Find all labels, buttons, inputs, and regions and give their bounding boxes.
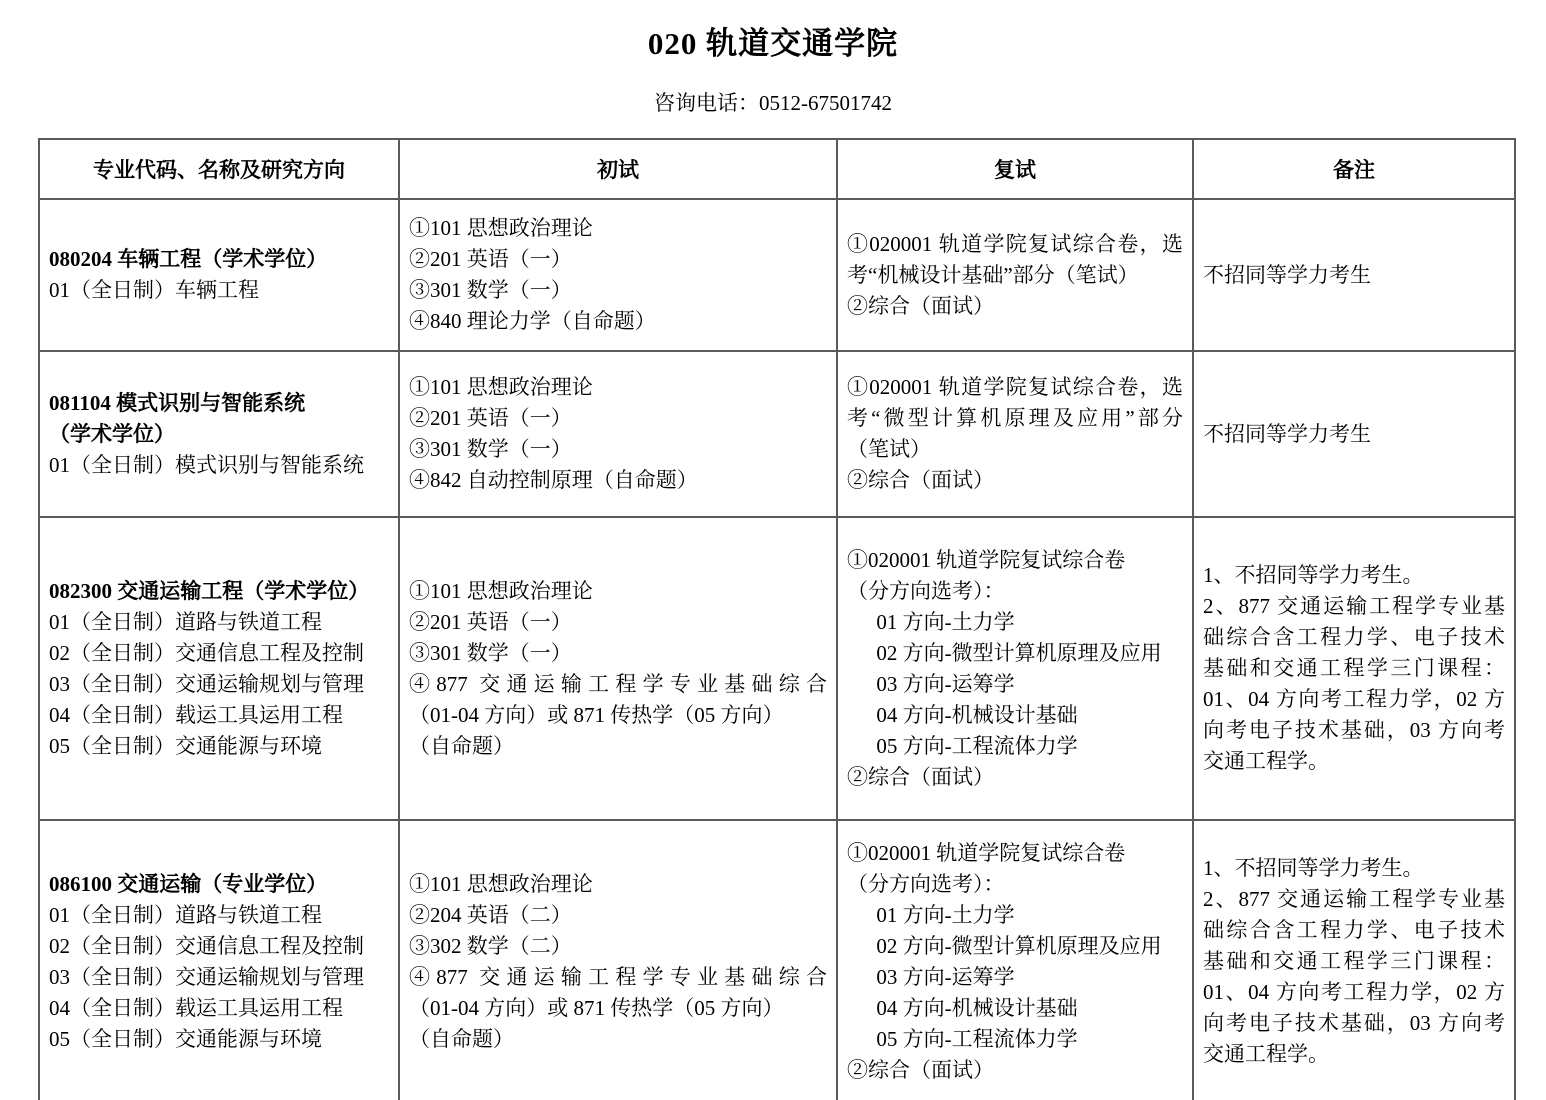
text-line: ②综合（面试） <box>847 291 1183 322</box>
text-line: ②综合（面试） <box>847 1055 1183 1086</box>
text-line: 2、877 交通运输工程学专业基 <box>1203 591 1505 622</box>
col-header-initial-exam: 初试 <box>399 139 837 199</box>
text-line: 04 方向-机械设计基础 <box>847 993 1183 1024</box>
text-line: 2、877 交通运输工程学专业基 <box>1203 884 1505 915</box>
cell-notes: 不招同等学力考生 <box>1193 199 1515 351</box>
text-line: 05 方向-工程流体力学 <box>847 1024 1183 1055</box>
col-header-retest: 复试 <box>837 139 1193 199</box>
text-line: 01（全日制）车辆工程 <box>49 275 389 306</box>
text-line: 086100 交通运输（专业学位） <box>49 869 389 900</box>
cell-program: 082300 交通运输工程（学术学位）01（全日制）道路与铁道工程02（全日制）… <box>39 517 399 820</box>
cell-retest: ①020001 轨道学院复试综合卷，选考“微型计算机原理及应用”部分（笔试）②综… <box>837 351 1193 517</box>
text-line: 01（全日制）道路与铁道工程 <box>49 900 389 931</box>
text-line: 1、不招同等学力考生。 <box>1203 853 1505 884</box>
text-line: 05（全日制）交通能源与环境 <box>49 1024 389 1055</box>
text-line: ④840 理论力学（自命题） <box>409 306 827 337</box>
text-line: ②204 英语（二） <box>409 900 827 931</box>
cell-initial-exam: ①101 思想政治理论②201 英语（一）③301 数学（一）④877 交通运输… <box>399 517 837 820</box>
text-line: 081104 模式识别与智能系统 <box>49 388 389 419</box>
col-header-notes: 备注 <box>1193 139 1515 199</box>
text-line: 不招同等学力考生 <box>1203 260 1505 291</box>
text-line: （01-04 方向）或 871 传热学（05 方向） <box>409 993 827 1024</box>
text-line: 础综合含工程力学、电子技术 <box>1203 915 1505 946</box>
contact-phone: 咨询电话：0512-67501742 <box>0 87 1546 117</box>
text-line: 02（全日制）交通信息工程及控制 <box>49 638 389 669</box>
text-line: ②201 英语（一） <box>409 607 827 638</box>
table-row: 080204 车辆工程（学术学位）01（全日制）车辆工程①101 思想政治理论②… <box>39 199 1515 351</box>
text-line: ①020001 轨道学院复试综合卷 <box>847 838 1183 869</box>
text-line: 交通工程学。 <box>1203 1039 1505 1070</box>
text-line: 04（全日制）载运工具运用工程 <box>49 993 389 1024</box>
cell-notes: 不招同等学力考生 <box>1193 351 1515 517</box>
text-line: 02 方向-微型计算机原理及应用 <box>847 638 1183 669</box>
text-line: ④877 交通运输工程学专业基础综合 <box>409 669 827 700</box>
text-line: 01 方向-土力学 <box>847 607 1183 638</box>
text-line: ①020001 轨道学院复试综合卷，选 <box>847 229 1183 260</box>
text-line: ③301 数学（一） <box>409 275 827 306</box>
text-line: ②201 英语（一） <box>409 244 827 275</box>
text-line: ①101 思想政治理论 <box>409 372 827 403</box>
text-line: 03（全日制）交通运输规划与管理 <box>49 669 389 700</box>
text-line: ③302 数学（二） <box>409 931 827 962</box>
text-line: ②综合（面试） <box>847 762 1183 793</box>
text-line: （自命题） <box>409 731 827 762</box>
text-line: （分方向选考）： <box>847 869 1183 900</box>
text-line: 考“微型计算机原理及应用”部分 <box>847 403 1183 434</box>
text-line: 03（全日制）交通运输规划与管理 <box>49 962 389 993</box>
cell-notes: 1、不招同等学力考生。2、877 交通运输工程学专业基础综合含工程力学、电子技术… <box>1193 517 1515 820</box>
cell-program: 086100 交通运输（专业学位）01（全日制）道路与铁道工程02（全日制）交通… <box>39 820 399 1100</box>
text-line: ①101 思想政治理论 <box>409 213 827 244</box>
text-line: ④877 交通运输工程学专业基础综合 <box>409 962 827 993</box>
header-row: 专业代码、名称及研究方向 初试 复试 备注 <box>39 139 1515 199</box>
text-line: 03 方向-运筹学 <box>847 669 1183 700</box>
text-line: 04（全日制）载运工具运用工程 <box>49 700 389 731</box>
text-line: ①101 思想政治理论 <box>409 869 827 900</box>
text-line: ①020001 轨道学院复试综合卷 <box>847 545 1183 576</box>
text-line: 05（全日制）交通能源与环境 <box>49 731 389 762</box>
cell-program: 081104 模式识别与智能系统（学术学位）01（全日制）模式识别与智能系统 <box>39 351 399 517</box>
cell-initial-exam: ①101 思想政治理论②201 英语（一）③301 数学（一）④842 自动控制… <box>399 351 837 517</box>
cell-retest: ①020001 轨道学院复试综合卷（分方向选考）：01 方向-土力学02 方向-… <box>837 517 1193 820</box>
text-line: 03 方向-运筹学 <box>847 962 1183 993</box>
text-line: （学术学位） <box>49 419 389 450</box>
text-line: 02（全日制）交通信息工程及控制 <box>49 931 389 962</box>
text-line: 向考电子技术基础，03 方向考 <box>1203 1008 1505 1039</box>
text-line: 01、04 方向考工程力学，02 方 <box>1203 977 1505 1008</box>
text-line: ③301 数学（一） <box>409 638 827 669</box>
cell-retest: ①020001 轨道学院复试综合卷（分方向选考）：01 方向-土力学02 方向-… <box>837 820 1193 1100</box>
col-header-program: 专业代码、名称及研究方向 <box>39 139 399 199</box>
text-line: 1、不招同等学力考生。 <box>1203 560 1505 591</box>
text-line: （01-04 方向）或 871 传热学（05 方向） <box>409 700 827 731</box>
text-line: 082300 交通运输工程（学术学位） <box>49 576 389 607</box>
text-line: 础综合含工程力学、电子技术 <box>1203 622 1505 653</box>
text-line: 05 方向-工程流体力学 <box>847 731 1183 762</box>
text-line: 04 方向-机械设计基础 <box>847 700 1183 731</box>
text-line: 01 方向-土力学 <box>847 900 1183 931</box>
text-line: ②201 英语（一） <box>409 403 827 434</box>
text-line: ④842 自动控制原理（自命题） <box>409 465 827 496</box>
table-row: 081104 模式识别与智能系统（学术学位）01（全日制）模式识别与智能系统①1… <box>39 351 1515 517</box>
text-line: ②综合（面试） <box>847 465 1183 496</box>
cell-initial-exam: ①101 思想政治理论②201 英语（一）③301 数学（一）④840 理论力学… <box>399 199 837 351</box>
cell-initial-exam: ①101 思想政治理论②204 英语（二）③302 数学（二）④877 交通运输… <box>399 820 837 1100</box>
text-line: 基础和交通工程学三门课程： <box>1203 653 1505 684</box>
text-line: 不招同等学力考生 <box>1203 419 1505 450</box>
text-line: 交通工程学。 <box>1203 746 1505 777</box>
admissions-table: 专业代码、名称及研究方向 初试 复试 备注 080204 车辆工程（学术学位）0… <box>38 138 1516 1100</box>
cell-program: 080204 车辆工程（学术学位）01（全日制）车辆工程 <box>39 199 399 351</box>
text-line: 基础和交通工程学三门课程： <box>1203 946 1505 977</box>
text-line: ③301 数学（一） <box>409 434 827 465</box>
table-body: 080204 车辆工程（学术学位）01（全日制）车辆工程①101 思想政治理论②… <box>39 199 1515 1100</box>
table-row: 086100 交通运输（专业学位）01（全日制）道路与铁道工程02（全日制）交通… <box>39 820 1515 1100</box>
text-line: 02 方向-微型计算机原理及应用 <box>847 931 1183 962</box>
text-line: （笔试） <box>847 434 1183 465</box>
text-line: 01（全日制）道路与铁道工程 <box>49 607 389 638</box>
cell-notes: 1、不招同等学力考生。2、877 交通运输工程学专业基础综合含工程力学、电子技术… <box>1193 820 1515 1100</box>
text-line: ①101 思想政治理论 <box>409 576 827 607</box>
cell-retest: ①020001 轨道学院复试综合卷，选考“机械设计基础”部分（笔试）②综合（面试… <box>837 199 1193 351</box>
page-title: 020 轨道交通学院 <box>0 18 1546 63</box>
text-line: 080204 车辆工程（学术学位） <box>49 244 389 275</box>
text-line: （分方向选考）： <box>847 576 1183 607</box>
text-line: 考“机械设计基础”部分（笔试） <box>847 260 1183 291</box>
text-line: ①020001 轨道学院复试综合卷，选 <box>847 372 1183 403</box>
table-row: 082300 交通运输工程（学术学位）01（全日制）道路与铁道工程02（全日制）… <box>39 517 1515 820</box>
document-page: 020 轨道交通学院 咨询电话：0512-67501742 专业代码、名称及研究… <box>0 0 1546 1100</box>
text-line: （自命题） <box>409 1024 827 1055</box>
text-line: 向考电子技术基础，03 方向考 <box>1203 715 1505 746</box>
text-line: 01、04 方向考工程力学，02 方 <box>1203 684 1505 715</box>
text-line: 01（全日制）模式识别与智能系统 <box>49 450 389 481</box>
